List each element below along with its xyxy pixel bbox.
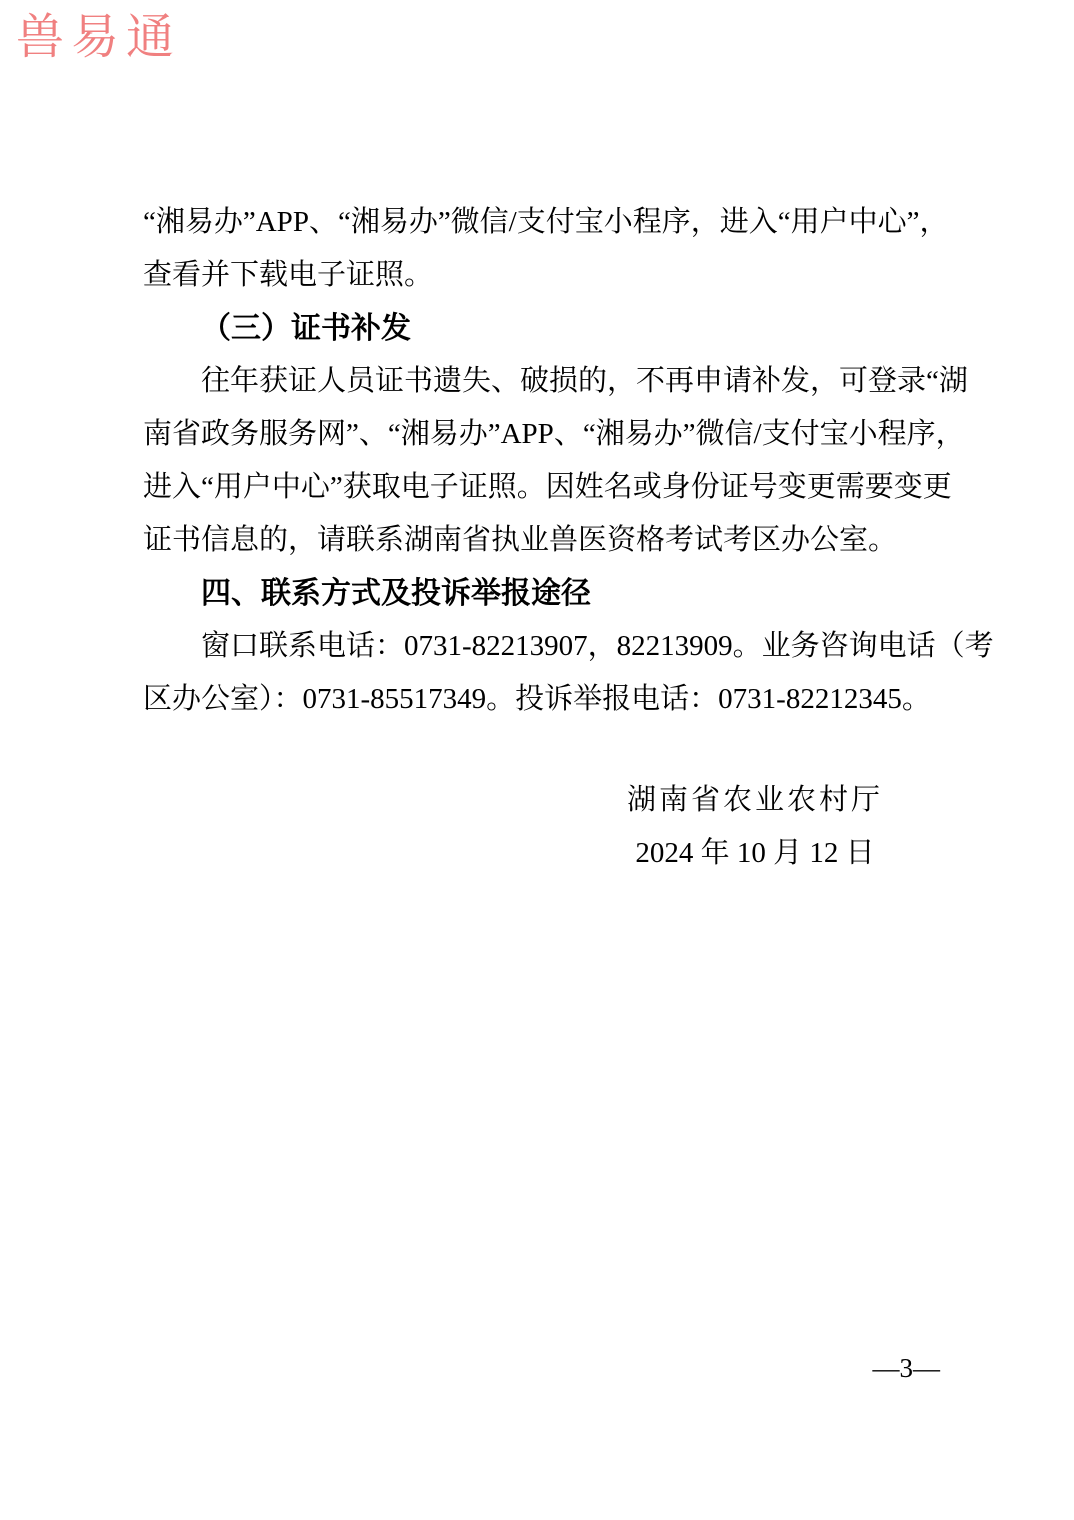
document-body: “湘易办”APP、“湘易办”微信/支付宝小程序，进入“用户中心”，查看并下载电子…	[143, 196, 932, 726]
document-line: 南省政务服务网”、“湘易办”APP、“湘易办”微信/支付宝小程序，	[143, 408, 932, 461]
page-number: —3—	[873, 1352, 941, 1384]
document-line: 进入“用户中心”获取电子证照。因姓名或身份证号变更需要变更	[143, 461, 932, 514]
section-heading: （三）证书补发	[143, 302, 932, 355]
document-line: 窗口联系电话：0731-82213907，82213909。业务咨询电话（考	[143, 620, 932, 673]
document-line: 证书信息的，请联系湖南省执业兽医资格考试考区办公室。	[143, 514, 932, 567]
signature-date: 2024 年 10 月 12 日	[560, 827, 950, 880]
watermark: 兽易通	[16, 0, 181, 67]
signature-organization: 湖南省农业农村厅	[560, 774, 950, 827]
document-page: 兽易通 “湘易办”APP、“湘易办”微信/支付宝小程序，进入“用户中心”，查看并…	[0, 0, 1074, 1520]
document-line: 往年获证人员证书遗失、破损的，不再申请补发，可登录“湖	[143, 355, 932, 408]
signature-block: 湖南省农业农村厅 2024 年 10 月 12 日	[560, 774, 950, 880]
section-heading: 四、联系方式及投诉举报途径	[143, 567, 932, 620]
document-line: “湘易办”APP、“湘易办”微信/支付宝小程序，进入“用户中心”，	[143, 196, 932, 249]
document-line: 区办公室）：0731-85517349。投诉举报电话：0731-82212345…	[143, 673, 932, 726]
document-line: 查看并下载电子证照。	[143, 249, 932, 302]
